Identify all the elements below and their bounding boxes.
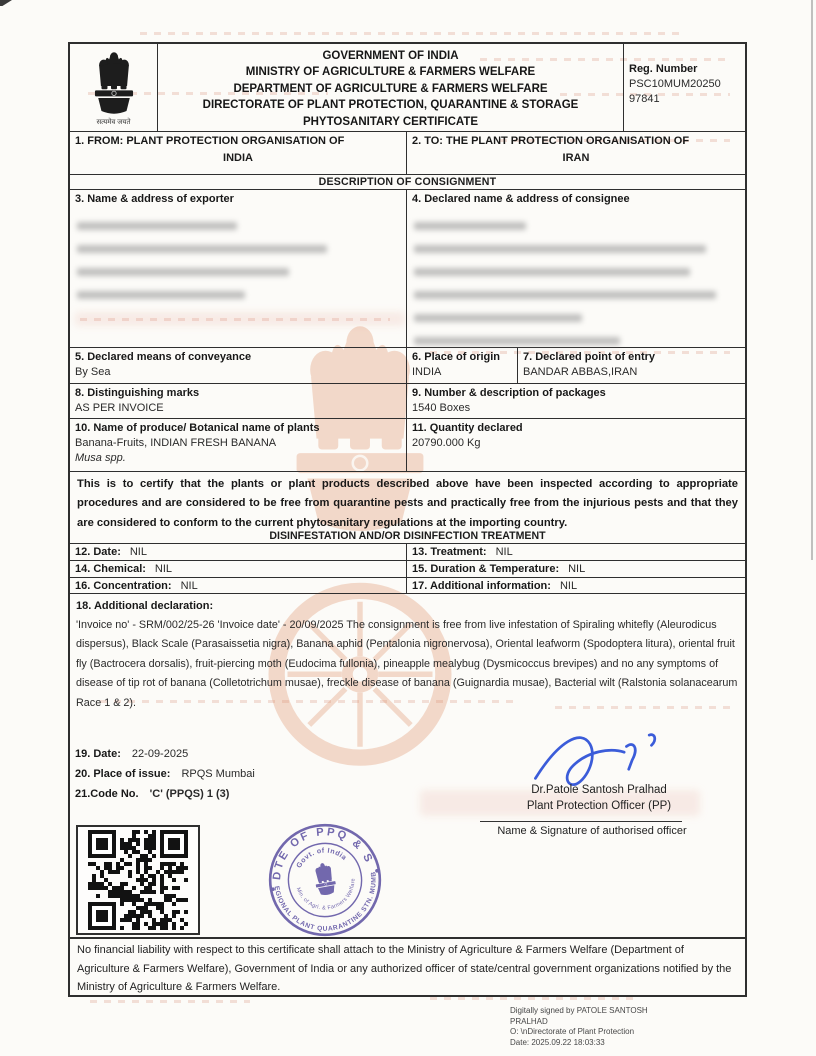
additional-info-label: 17. Additional information:: [412, 579, 551, 593]
duration-label: 15. Duration & Temperature:: [412, 562, 559, 576]
digital-signature-line: PRALHAD: [510, 1017, 648, 1028]
round-office-stamp: DTE OF PPQ & S REGIONAL PLANT QUARANTINE…: [249, 804, 402, 957]
stamp-emblem-icon: [312, 861, 337, 896]
exporter-label: 3. Name & address of exporter: [75, 192, 401, 207]
redacted-line: [414, 337, 620, 345]
marks-cell: 8. Distinguishing marks AS PER INVOICE: [70, 384, 407, 418]
treatment-row-2: 14. Chemical: NIL 15. Duration & Tempera…: [70, 560, 745, 577]
ghost-print-band: [430, 997, 640, 1000]
concentration-cell: 16. Concentration: NIL: [70, 578, 407, 593]
ghost-print-band: [140, 32, 680, 35]
title-line: GOVERNMENT OF INDIA: [163, 48, 618, 64]
marks-value: AS PER INVOICE: [75, 401, 401, 416]
page-title: PHYTOSANITARY CERTIFICATE: [163, 114, 618, 130]
chemical-label: 14. Chemical:: [75, 562, 146, 576]
consignee-label: 4. Declared name & address of consignee: [412, 192, 740, 207]
liability-statement: No financial liability with respect to t…: [70, 937, 745, 995]
from-label: 1. FROM: PLANT PROTECTION ORGANISATION O…: [75, 134, 401, 149]
from-cell: 1. FROM: PLANT PROTECTION ORGANISATION O…: [70, 132, 407, 174]
origin-value: INDIA: [412, 365, 512, 380]
certificate-table: सत्यमेव जयते GOVERNMENT OF INDIA MINISTR…: [68, 42, 747, 997]
additional-declaration-section: 18. Additional declaration: 'Invoice no'…: [70, 594, 745, 704]
redacted-line: [77, 268, 289, 276]
chemical-value: NIL: [155, 562, 172, 576]
digital-signature-line: Date: 2025.09.22 18:03:33: [510, 1038, 648, 1049]
treatment-date-cell: 12. Date: NIL: [70, 544, 407, 560]
india-emblem-icon: [86, 49, 142, 117]
from-to-row: 1. FROM: PLANT PROTECTION ORGANISATION O…: [70, 132, 745, 175]
officer-name: Dr.Patole Santosh Pralhad: [449, 782, 749, 798]
qr-code: [88, 830, 188, 930]
issue-block: 19. Date: 22-09-2025 20. Place of issue:…: [75, 744, 255, 804]
treatment-row-3: 16. Concentration: NIL 17. Additional in…: [70, 577, 745, 594]
duration-cell: 15. Duration & Temperature: NIL: [407, 561, 745, 577]
treatment-row-1: 12. Date: NIL 13. Treatment: NIL: [70, 543, 745, 560]
conveyance-cell: 5. Declared means of conveyance By Sea: [70, 348, 407, 383]
scanned-phytosanitary-certificate-page: सत्यमेव जयते GOVERNMENT OF INDIA MINISTR…: [0, 0, 816, 1056]
conveyance-label: 5. Declared means of conveyance: [75, 350, 401, 365]
quantity-cell: 11. Quantity declared 20790.000 Kg: [407, 419, 745, 471]
issue-place-value: RPQS Mumbai: [181, 768, 254, 780]
to-label: 2. TO: THE PLANT PROTECTION ORGANISATION…: [412, 134, 740, 149]
issue-date-value: 22-09-2025: [132, 748, 188, 760]
emblem-cell: सत्यमेव जयते: [70, 44, 158, 131]
additional-info-value: NIL: [560, 579, 577, 593]
additional-declaration-text: 'Invoice no' - SRM/002/25-26 'Invoice da…: [76, 616, 739, 713]
quantity-value: 20790.000 Kg: [412, 436, 740, 451]
origin-label: 6. Place of origin: [412, 350, 512, 365]
additional-declaration-label: 18. Additional declaration:: [76, 600, 213, 612]
botanical-name: Musa spp.: [75, 451, 401, 466]
emblem-caption: सत्यमेव जयते: [96, 118, 130, 127]
marks-packages-row: 8. Distinguishing marks AS PER INVOICE 9…: [70, 384, 745, 419]
issue-place-label: 20. Place of issue:: [75, 768, 170, 780]
issue-date-line: 19. Date: 22-09-2025: [75, 744, 255, 764]
produce-cell: 10. Name of produce/ Botanical name of p…: [70, 419, 407, 471]
digital-signature-block: Digitally signed by PATOLE SANTOSH PRALH…: [510, 1006, 648, 1048]
officer-title: Plant Protection Officer (PP): [449, 798, 749, 814]
conveyance-row: 5. Declared means of conveyance By Sea 6…: [70, 348, 745, 384]
packages-label: 9. Number & description of packages: [412, 386, 740, 401]
redacted-line: [77, 222, 237, 230]
origin-cell: 6. Place of origin INDIA: [407, 348, 518, 383]
redacted-line: [414, 245, 706, 253]
packages-value: 1540 Boxes: [412, 401, 740, 416]
consignment-banner: DESCRIPTION OF CONSIGNMENT: [70, 175, 745, 190]
scan-corner-artifact: [0, 0, 12, 6]
chemical-cell: 14. Chemical: NIL: [70, 561, 407, 577]
reg-number-value: PSC10MUM20250: [629, 77, 740, 92]
reg-number-value-2: 97841: [629, 92, 740, 107]
title-line: DEPARTMENT OF AGRICULTURE & FARMERS WELF…: [163, 81, 618, 97]
entry-value: BANDAR ABBAS,IRAN: [523, 365, 740, 380]
redacted-line: [77, 291, 245, 299]
concentration-value: NIL: [181, 579, 198, 593]
to-value: IRAN: [412, 152, 740, 164]
conveyance-value: By Sea: [75, 365, 401, 380]
marks-label: 8. Distinguishing marks: [75, 386, 401, 401]
title-line: DIRECTORATE OF PLANT PROTECTION, QUARANT…: [163, 97, 618, 113]
entry-label: 7. Declared point of entry: [523, 350, 740, 365]
signature-rule: [480, 821, 682, 822]
from-value: INDIA: [75, 152, 401, 164]
redacted-line: [414, 222, 526, 230]
packages-cell: 9. Number & description of packages 1540…: [407, 384, 745, 418]
ghost-print-band: [90, 1000, 250, 1003]
to-cell: 2. TO: THE PLANT PROTECTION ORGANISATION…: [407, 132, 745, 174]
issue-code-label: 21.Code No.: [75, 788, 139, 800]
signature-caption: Name & Signature of authorised officer: [442, 825, 742, 837]
header-row: सत्यमेव जयते GOVERNMENT OF INDIA MINISTR…: [70, 44, 745, 132]
digital-signature-line: Digitally signed by PATOLE SANTOSH: [510, 1006, 648, 1017]
produce-quantity-row: 10. Name of produce/ Botanical name of p…: [70, 419, 745, 472]
treatment-date-label: 12. Date:: [75, 545, 121, 559]
treatment-date-value: NIL: [130, 545, 147, 559]
redacted-line: [414, 314, 582, 322]
reg-number-label: Reg. Number: [629, 62, 740, 77]
issue-place-line: 20. Place of issue: RPQS Mumbai: [75, 764, 255, 784]
exporter-cell: 3. Name & address of exporter: [70, 190, 407, 347]
qr-code-box: [76, 825, 200, 935]
treatment-cell: 13. Treatment: NIL: [407, 544, 745, 560]
exporter-consignee-row: 3. Name & address of exporter 4. Declare…: [70, 190, 745, 348]
certification-statement: This is to certify that the plants or pl…: [70, 472, 745, 530]
issue-code-value: 'C' (PPQS) 1 (3): [150, 788, 230, 800]
redacted-line: [414, 291, 716, 299]
treatment-value: NIL: [496, 545, 513, 559]
issue-date-label: 19. Date:: [75, 748, 121, 760]
digital-signature-line: O: \nDirectorate of Plant Protection: [510, 1027, 648, 1038]
produce-value: Banana-Fruits, INDIAN FRESH BANANA: [75, 436, 401, 451]
treatment-label: 13. Treatment:: [412, 545, 487, 559]
redacted-line: [77, 245, 327, 253]
quantity-label: 11. Quantity declared: [412, 421, 740, 436]
reg-number-cell: Reg. Number PSC10MUM20250 97841: [624, 44, 745, 131]
consignee-cell: 4. Declared name & address of consignee: [407, 190, 745, 347]
concentration-label: 16. Concentration:: [75, 579, 172, 593]
redacted-line: [414, 268, 690, 276]
produce-label: 10. Name of produce/ Botanical name of p…: [75, 421, 401, 436]
issue-signature-area: 19. Date: 22-09-2025 20. Place of issue:…: [70, 704, 745, 937]
scan-edge-line: [811, 0, 813, 560]
issue-code-line: 21.Code No. 'C' (PPQS) 1 (3): [75, 784, 255, 804]
title-line: MINISTRY OF AGRICULTURE & FARMERS WELFAR…: [163, 64, 618, 80]
entry-cell: 7. Declared point of entry BANDAR ABBAS,…: [518, 348, 745, 383]
duration-value: NIL: [568, 562, 585, 576]
title-block: GOVERNMENT OF INDIA MINISTRY OF AGRICULT…: [158, 44, 624, 131]
additional-info-cell: 17. Additional information: NIL: [407, 578, 745, 593]
